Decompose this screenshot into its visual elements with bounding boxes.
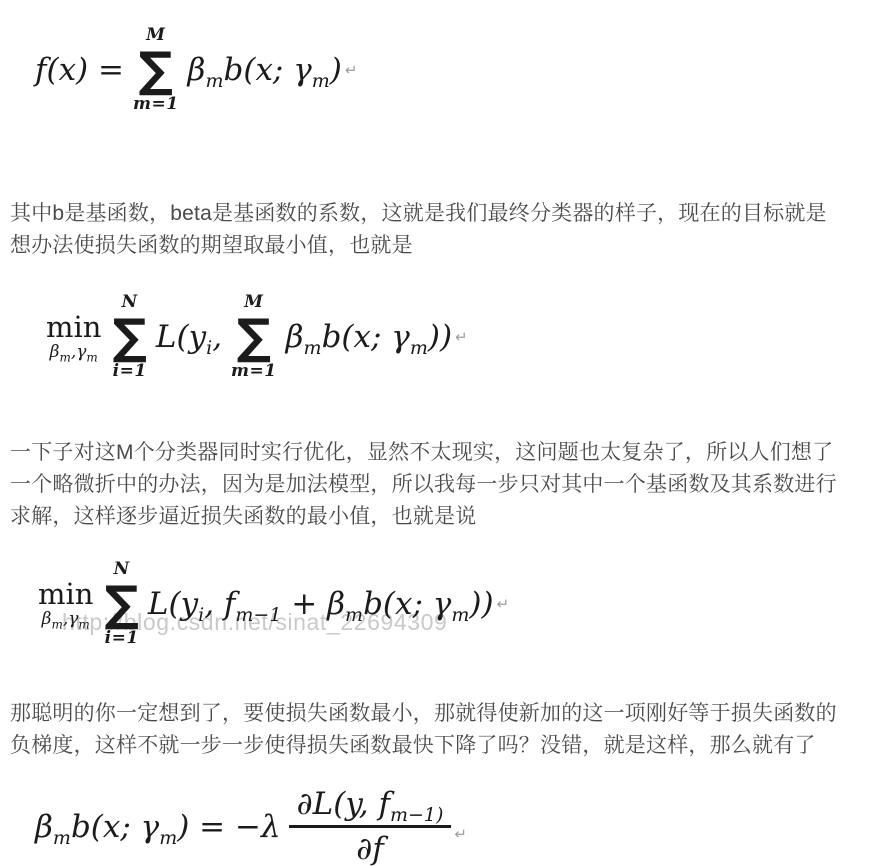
math-sub: m [312, 70, 330, 92]
math-sub: m [51, 618, 62, 632]
math-var: L(y [148, 586, 198, 622]
paragraph-2-line-1: 一下子对这M个分类器同时实行优化，显然不太现实，这问题也太复杂了，所以人们想了 [10, 437, 862, 469]
summation-operator: N ∑ i=1 [112, 293, 146, 381]
math-term: βmb(x; γm) [188, 52, 342, 88]
math-term: βmb(x; γm)) [286, 319, 452, 355]
math-sub: m [451, 604, 469, 626]
min-operator: min βm,γm [46, 312, 101, 362]
paragraph-3: 那聪明的你一定想到了，要使损失函数最小，那就得使新加的这一项刚好等于损失函数的 … [10, 698, 862, 762]
math-term: L(yi, fm−1 + βmb(x; γm)) [148, 586, 494, 622]
sum-lower-limit: m=1 [231, 362, 277, 382]
math-sub: m [410, 337, 428, 359]
summation-operator: M ∑ m=1 [133, 26, 179, 114]
math-sub: m [304, 337, 322, 359]
math-var: ∂L(y, f [297, 786, 390, 822]
math-var: b(x; γ [71, 809, 159, 845]
formula-empirical-risk-min: min βm,γm N ∑ i=1 L(yi, M ∑ m=1 βmb(x; γ… [46, 293, 468, 381]
math-sub: m [59, 351, 70, 365]
sigma-icon: ∑ [112, 313, 146, 362]
math-var: f [224, 586, 235, 622]
min-operator: min βm,γm [38, 579, 93, 629]
paragraph-1: 其中b是基函数，beta是基函数的系数，这就是我们最终分类器的样子，现在的目标就… [10, 198, 862, 262]
math-sub: m [345, 604, 363, 626]
paragraph-2-line-2: 一个略微折中的办法，因为是加法模型，所以我每一步只对其中一个基函数及其系数进行 [10, 469, 862, 501]
math-close: ) [330, 52, 342, 88]
return-mark-icon: ↵ [454, 825, 467, 843]
math-term: L(yi, [156, 319, 222, 355]
paragraph-2-line-3: 求解，这样逐步逼近损失函数的最小值，也就是说 [10, 501, 862, 533]
paragraph-3-line-2: 负梯度，这样不就一步一步使得损失函数最快下降了吗？没错，就是这样，那么就有了 [10, 730, 862, 762]
math-var: β [286, 319, 304, 355]
paragraph-3-line-1: 那聪明的你一定想到了，要使损失函数最小，那就得使新加的这一项刚好等于损失函数的 [10, 698, 862, 730]
math-sub: m [205, 70, 223, 92]
math-var: ,γ [63, 609, 79, 629]
math-var: b(x; γ [363, 586, 451, 622]
math-comma: , [212, 319, 222, 355]
paragraph-1-line-2: 想办法使损失函数的期望取最小值，也就是 [10, 230, 862, 262]
sum-lower-limit: i=1 [105, 629, 139, 649]
summation-operator: M ∑ m=1 [231, 293, 277, 381]
math-sub: m−1 [235, 604, 281, 626]
math-sub: m [78, 618, 89, 632]
formula-stepwise-min: min βm,γm N ∑ i=1 L(yi, fm−1 + βmb(x; γm… [38, 560, 509, 648]
math-close: )) [428, 319, 452, 355]
math-var: b(x; γ [224, 52, 312, 88]
formula-negative-gradient: βmb(x; γm) = −λ ∂L(y, fm−1) ∂f ↵ [35, 786, 467, 866]
math-sub: m [159, 827, 177, 849]
min-word: min [46, 312, 101, 342]
fraction: ∂L(y, fm−1) ∂f [289, 786, 452, 866]
math-var: β [35, 809, 53, 845]
math-op: + [281, 586, 327, 622]
math-sub: m [53, 827, 71, 849]
math-sub: m−1) [390, 804, 443, 826]
sum-lower-limit: m=1 [133, 95, 179, 115]
return-mark-icon: ↵ [345, 61, 358, 79]
math-eq: ) = −λ [177, 809, 280, 845]
sum-lower-limit: i=1 [113, 362, 147, 382]
math-term: βmb(x; γm) = −λ [35, 809, 281, 845]
math-var: b(x; γ [322, 319, 410, 355]
math-sub: m [86, 351, 97, 365]
paragraph-1-line-1: 其中b是基函数，beta是基函数的系数，这就是我们最终分类器的样子，现在的目标就… [10, 198, 862, 230]
math-var: L(y [156, 319, 206, 355]
math-var: β [42, 609, 52, 629]
sigma-icon: ∑ [139, 46, 173, 95]
sigma-icon: ∑ [104, 580, 138, 629]
sigma-icon: ∑ [237, 313, 271, 362]
min-subscript: βm,γm [42, 610, 90, 629]
min-subscript: βm,γm [50, 343, 98, 362]
math-lhs: f(x) = [35, 52, 124, 88]
document-page: f(x) = M ∑ m=1 βmb(x; γm) ↵ 其中b是基函数，beta… [0, 0, 869, 866]
fraction-denominator: ∂f [356, 828, 384, 866]
math-var: ,γ [71, 342, 87, 362]
return-mark-icon: ↵ [497, 595, 510, 613]
math-var: β [50, 342, 60, 362]
paragraph-2: 一下子对这M个分类器同时实行优化，显然不太现实，这问题也太复杂了，所以人们想了 … [10, 437, 862, 533]
math-comma: , [204, 586, 224, 622]
summation-operator: N ∑ i=1 [104, 560, 138, 648]
math-var: β [188, 52, 206, 88]
math-close: )) [469, 586, 493, 622]
math-var: β [327, 586, 345, 622]
min-word: min [38, 579, 93, 609]
return-mark-icon: ↵ [455, 328, 468, 346]
fraction-numerator: ∂L(y, fm−1) [289, 786, 452, 828]
formula-additive-model: f(x) = M ∑ m=1 βmb(x; γm) ↵ [35, 26, 357, 114]
